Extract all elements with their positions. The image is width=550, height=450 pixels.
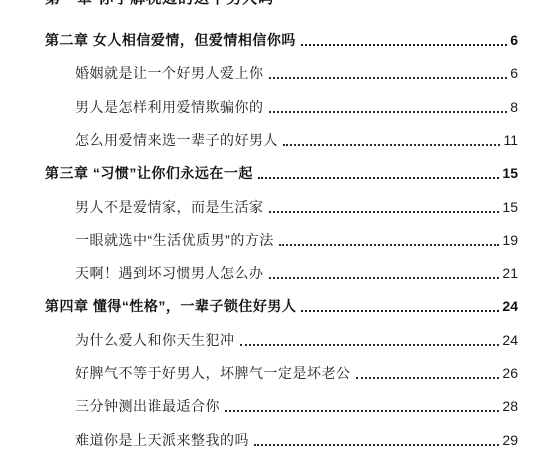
toc-entry-sub[interactable]: 三分钟测出谁最适合你28	[0, 396, 518, 416]
toc-entry-page-number: 11	[503, 131, 518, 150]
toc-leader-dots	[225, 410, 499, 412]
toc-entry-title: 第四章 懂得“性格”，一辈子锁住好男人	[45, 297, 296, 316]
toc-document-page: 第一章 你了解枕边的这个男人吗 第二章 女人相信爱情，但爱情相信你吗6婚姻就是让…	[0, 0, 550, 450]
toc-entry-page-number: 28	[502, 397, 518, 416]
toc-entry-title: 婚姻就是让一个好男人爱上你	[75, 64, 264, 83]
toc-leader-dots	[254, 444, 499, 446]
toc-entry-title: 难道你是上天派来整我的吗	[75, 431, 249, 450]
toc-entry-sub[interactable]: 婚姻就是让一个好男人爱上你6	[0, 63, 518, 83]
toc-leader-dots	[240, 344, 500, 346]
toc-entry-page-number: 6	[510, 31, 518, 50]
toc-entry-title: 为什么爱人和你天生犯冲	[75, 331, 235, 350]
toc-entry-page-number: 21	[502, 264, 518, 283]
toc-entry-sub[interactable]: 怎么用爱情来选一辈子的好男人11	[0, 130, 518, 150]
toc-entry-page-number: 15	[502, 198, 518, 217]
toc-entry-chapter[interactable]: 第三章 “习惯”让你们永远在一起15	[0, 163, 518, 183]
toc-entry-title: 男人是怎样利用爱情欺骗你的	[75, 98, 264, 117]
toc-entry-title: 男人不是爱情家，而是生活家	[75, 198, 264, 217]
toc-entry-chapter[interactable]: 第四章 懂得“性格”，一辈子锁住好男人24	[0, 296, 518, 316]
toc-entry-page-number: 19	[502, 231, 518, 250]
toc-entry-sub[interactable]: 男人不是爱情家，而是生活家15	[0, 197, 518, 217]
toc-entry-page-number: 6	[510, 64, 518, 83]
toc-leader-dots	[269, 211, 500, 213]
toc-leader-dots	[279, 244, 500, 246]
toc-entry-sub[interactable]: 难道你是上天派来整我的吗29	[0, 430, 518, 450]
toc-leader-dots	[269, 277, 500, 279]
toc-leader-dots	[301, 44, 507, 46]
clipped-chapter-heading-text: 第一章 你了解枕边的这个男人吗	[45, 0, 515, 8]
toc-leader-dots	[356, 377, 500, 379]
toc-entry-sub[interactable]: 男人是怎样利用爱情欺骗你的8	[0, 97, 518, 117]
toc-entry-sub[interactable]: 好脾气不等于好男人，坏脾气一定是坏老公26	[0, 363, 518, 383]
toc-entry-title: 第三章 “习惯”让你们永远在一起	[45, 164, 253, 183]
toc-entry-title: 三分钟测出谁最适合你	[75, 397, 220, 416]
toc-leader-dots	[269, 111, 508, 113]
toc-entry-page-number: 24	[502, 331, 518, 350]
toc-entry-page-number: 24	[502, 297, 518, 316]
toc-entry-page-number: 8	[510, 98, 518, 117]
toc-leader-dots	[301, 310, 499, 312]
toc-entry-sub[interactable]: 一眼就选中“生活优质男”的方法19	[0, 230, 518, 250]
toc-entry-page-number: 29	[502, 431, 518, 450]
toc-entry-sub[interactable]: 为什么爱人和你天生犯冲24	[0, 330, 518, 350]
toc-entry-title: 第二章 女人相信爱情，但爱情相信你吗	[45, 31, 296, 50]
toc-leader-dots	[269, 77, 508, 79]
toc-entry-page-number: 15	[502, 164, 518, 183]
toc-leader-dots	[258, 177, 500, 179]
toc-entry-title: 好脾气不等于好男人，坏脾气一定是坏老公	[75, 364, 351, 383]
toc-entry-chapter[interactable]: 第二章 女人相信爱情，但爱情相信你吗6	[0, 30, 518, 50]
toc-entry-sub[interactable]: 天啊！遇到坏习惯男人怎么办21	[0, 263, 518, 283]
toc-entry-title: 怎么用爱情来选一辈子的好男人	[75, 131, 278, 150]
clipped-chapter-heading: 第一章 你了解枕边的这个男人吗	[45, 0, 515, 8]
toc-entry-title: 天啊！遇到坏习惯男人怎么办	[75, 264, 264, 283]
toc-entry-title: 一眼就选中“生活优质男”的方法	[75, 231, 274, 250]
toc-leader-dots	[283, 144, 500, 146]
toc-entry-page-number: 26	[502, 364, 518, 383]
